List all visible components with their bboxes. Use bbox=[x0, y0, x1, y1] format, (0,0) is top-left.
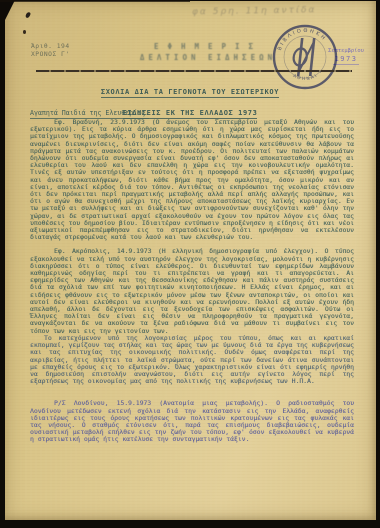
reference-number: Άριθ. 194 bbox=[31, 43, 70, 51]
ink-speck bbox=[23, 30, 26, 34]
body-paragraph-4: Ρ/Σ Λονδίνου, 15.9.1973 (Ανατομία μιας μ… bbox=[30, 400, 354, 443]
body-paragraph-1: Εφ. Βραδυνή, 23.9.1973 (Ο άνεμος του Σεπ… bbox=[30, 119, 354, 241]
volume-year: ΧΡΟΝΟΣ Γ' bbox=[31, 51, 70, 59]
title-line1: ΣΧΟΛΙΑ ΔΙΑ ΤΑ ΓΕΓΟΝΟΤΑ ΤΟΥ ΕΣΩΤΕΡΙΚΟΥ bbox=[101, 88, 279, 98]
body-paragraph-3: Το κατεχόμενον υπό της λογοκρισίας μέρος… bbox=[30, 335, 354, 385]
reference-block: Άριθ. 194 ΧΡΟΝΟΣ Γ' bbox=[31, 43, 70, 59]
body-text: Εφ. Βραδυνή, 23.9.1973 (Ο άνεμος του Σεπ… bbox=[30, 119, 354, 444]
scan-edge-shadow bbox=[0, 0, 190, 2]
scanned-document: φα 5ρη. 11η αντίδα Άριθ. 194 ΧΡΟΝΟΣ Γ' Ε… bbox=[0, 0, 380, 528]
header-rule bbox=[36, 70, 352, 72]
body-paragraph-2: Εφ. Ακρόπολις, 14.9.1973 (Η ελληνική δημ… bbox=[30, 248, 354, 334]
